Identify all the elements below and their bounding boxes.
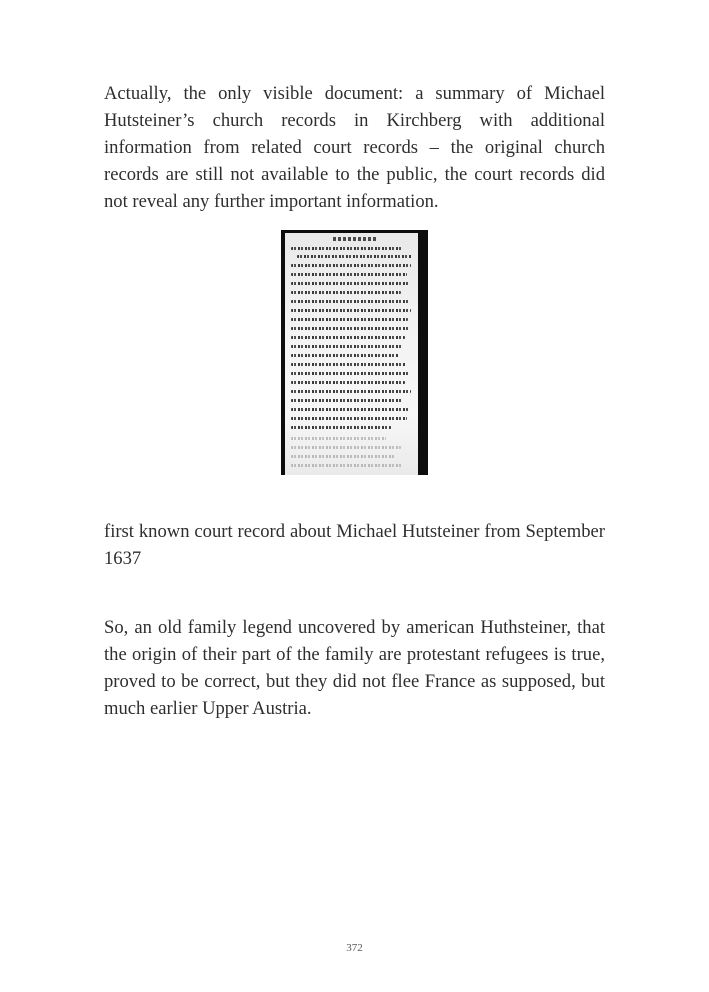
figure-caption: first known court record about Michael H…	[104, 518, 605, 572]
paragraph-conclusion: So, an old family legend uncovered by am…	[104, 614, 605, 722]
manuscript-heading	[333, 237, 377, 241]
handwriting-line	[291, 300, 409, 303]
handwriting-line	[291, 345, 403, 348]
handwriting-line	[291, 318, 408, 321]
handwriting-line	[291, 390, 411, 393]
handwriting-line	[297, 255, 412, 258]
handwriting-line	[291, 437, 386, 440]
handwriting-line	[291, 309, 411, 312]
handwriting-line	[291, 381, 405, 384]
handwriting-line	[291, 417, 407, 420]
handwriting-line	[291, 372, 409, 375]
handwriting-line	[291, 282, 409, 285]
handwriting-line	[291, 327, 410, 330]
handwriting-line	[291, 408, 409, 411]
handwriting-line	[291, 464, 403, 467]
handwriting-line	[291, 273, 407, 276]
handwriting-line	[291, 426, 391, 429]
manuscript-page	[285, 233, 418, 475]
paragraph-intro: Actually, the only visible document: a s…	[104, 80, 605, 215]
handwriting-line	[291, 264, 411, 267]
page-number: 372	[0, 942, 709, 954]
handwriting-line	[291, 354, 399, 357]
document-page: Actually, the only visible document: a s…	[0, 0, 709, 992]
handwriting-line	[291, 336, 405, 339]
handwriting-line	[291, 363, 406, 366]
court-record-scan-image	[281, 230, 428, 475]
handwriting-line	[291, 399, 403, 402]
handwriting-line	[291, 446, 401, 449]
handwriting-line	[291, 291, 401, 294]
handwriting-line	[291, 455, 395, 458]
handwriting-line	[291, 247, 403, 250]
